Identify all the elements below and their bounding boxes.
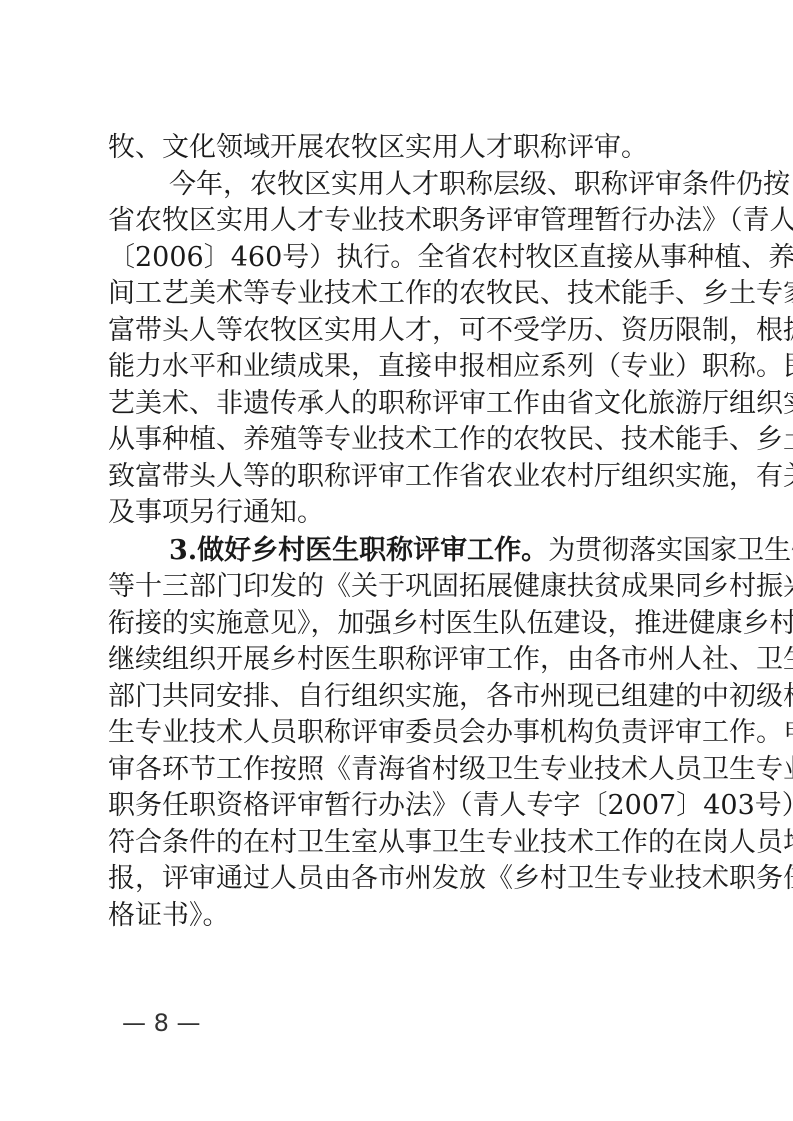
paragraph-2-line-8: 从事种植、养殖等专业技术工作的农牧民、技术能手、乡土专家、 <box>108 422 693 458</box>
paragraph-2-line-6: 能力水平和业绩成果，直接申报相应系列（专业）职称。民间工 <box>108 349 693 385</box>
paragraph-2-line-10: 及事项另行通知。 <box>108 495 693 531</box>
paragraph-2-line-2: 省农牧区实用人才专业技术职务评审管理暂行办法》（青人专字 <box>108 203 693 239</box>
paragraph-3-line-10: 报，评审通过人员由各市州发放《乡村卫生专业技术职务任职资 <box>108 861 693 897</box>
paragraph-2-line-1: 今年，农牧区实用人才职称层级、职称评审条件仍按《青海 <box>169 167 693 203</box>
paragraph-1-line-1: 牧、文化领域开展农牧区实用人才职称评审。 <box>108 130 693 166</box>
paragraph-3-line-2: 等十三部门印发的《关于巩固拓展健康扶贫成果同乡村振兴有效 <box>108 569 693 605</box>
paragraph-3-line-7: 审各环节工作按照《青海省村级卫生专业技术人员卫生专业技术 <box>108 752 693 788</box>
page-number: — 8 — <box>122 1008 201 1038</box>
paragraph-2-line-4: 间工艺美术等专业技术工作的农牧民、技术能手、乡土专家、致 <box>108 276 693 312</box>
paragraph-2-line-5: 富带头人等农牧区实用人才，可不受学历、资历限制，根据本人 <box>108 313 693 349</box>
paragraph-2-line-7: 艺美术、非遗传承人的职称评审工作由省文化旅游厅组织实施； <box>108 386 693 422</box>
document-page: 牧、文化领域开展农牧区实用人才职称评审。 今年，农牧区实用人才职称层级、职称评审… <box>0 0 793 1121</box>
paragraph-3-line-11: 格证书》。 <box>108 898 693 934</box>
section-heading: 3.做好乡村医生职称评审工作。 <box>169 535 548 566</box>
paragraph-3-line-9: 符合条件的在村卫生室从事卫生专业技术工作的在岗人员均可申 <box>108 825 693 861</box>
paragraph-3-line-6: 生专业技术人员职称评审委员会办事机构负责评审工作。申报评 <box>108 715 693 751</box>
paragraph-3-line-5: 部门共同安排、自行组织实施，各市州现已组建的中初级村级卫 <box>108 679 693 715</box>
paragraph-3-line-3: 衔接的实施意见》，加强乡村医生队伍建设，推进健康乡村建设， <box>108 606 693 642</box>
paragraph-3-line-8: 职务任职资格评审暂行办法》（青人专字〔2007〕403号）执行。 <box>108 788 693 824</box>
paragraph-3-line-4: 继续组织开展乡村医生职称评审工作，由各市州人社、卫生健康 <box>108 642 693 678</box>
paragraph-2-line-3: 〔2006〕460号）执行。全省农村牧区直接从事种植、养殖、民 <box>108 240 693 276</box>
paragraph-2-line-9: 致富带头人等的职称评审工作省农业农村厅组织实施，有关安排 <box>108 459 693 495</box>
paragraph-3-line-1: 3.做好乡村医生职称评审工作。为贯彻落实国家卫生健康委 <box>169 533 693 569</box>
paragraph-3-line-1-rest: 为贯彻落实国家卫生健康委 <box>548 535 793 566</box>
